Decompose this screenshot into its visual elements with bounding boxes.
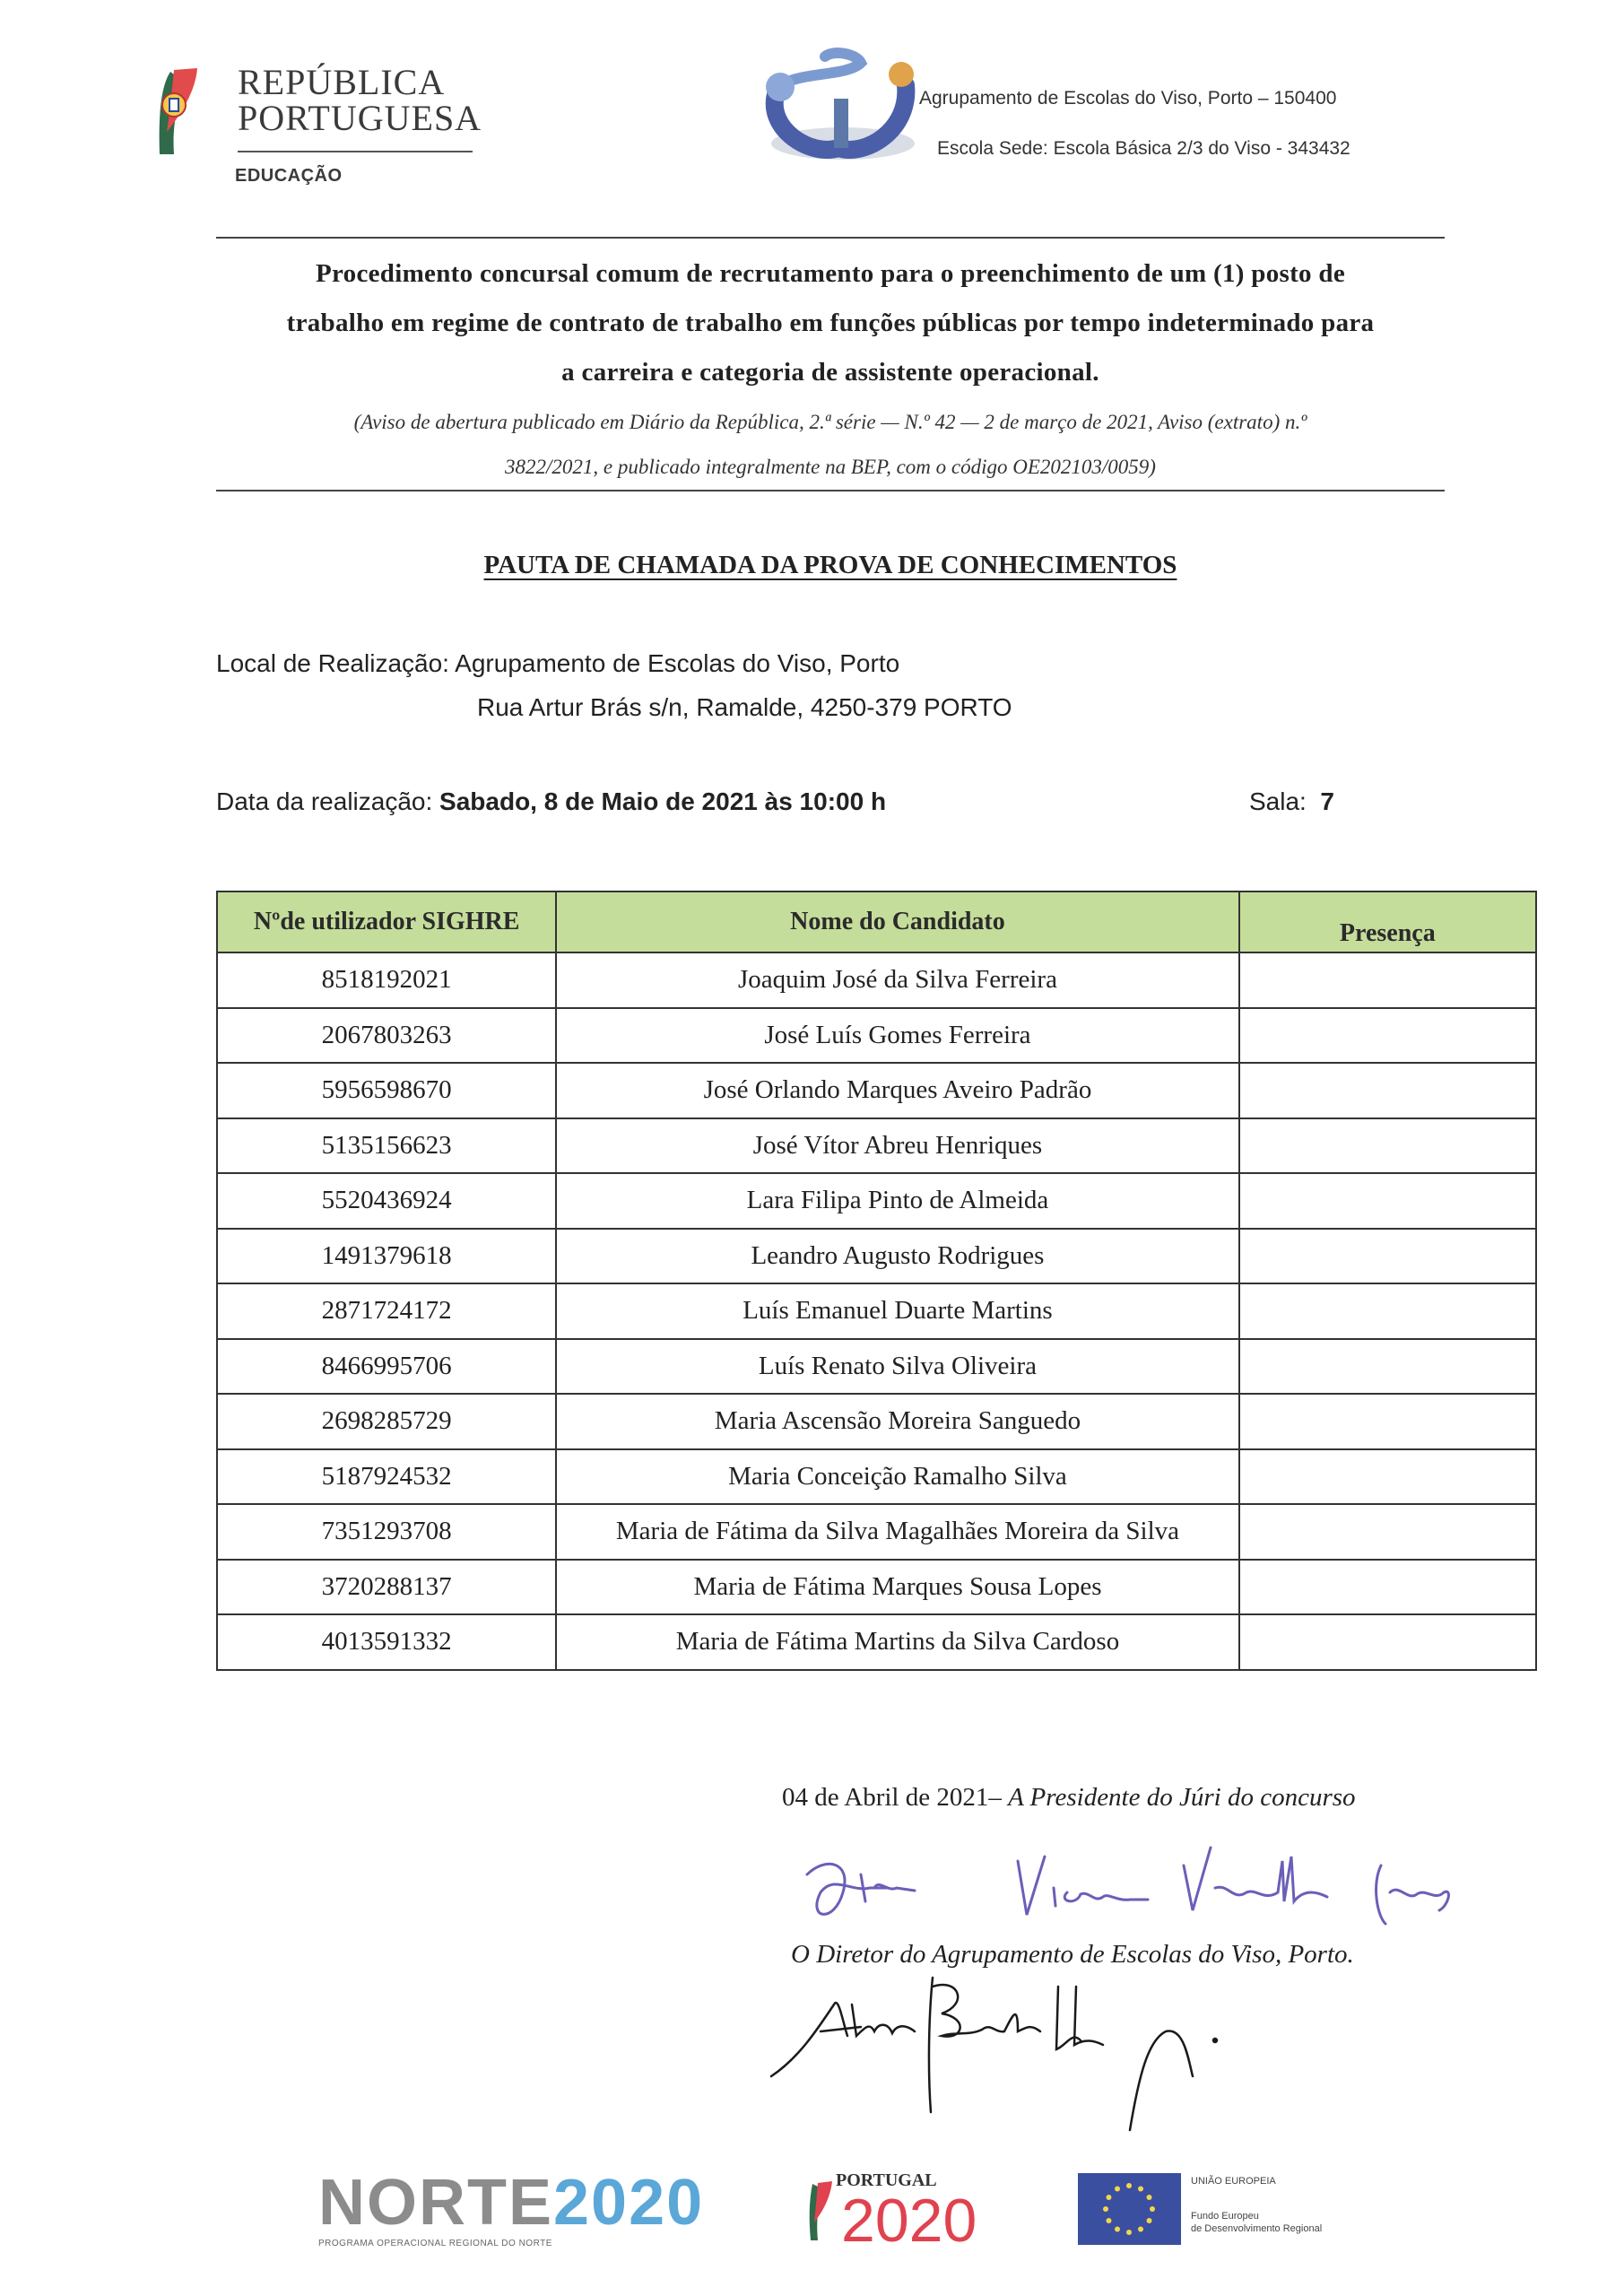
table-row: 7351293708Maria de Fátima da Silva Magal… bbox=[217, 1504, 1536, 1560]
presence-cell[interactable] bbox=[1239, 1339, 1536, 1395]
candidate-name: Maria de Fátima da Silva Magalhães Morei… bbox=[556, 1504, 1238, 1560]
school-name: Agrupamento de Escolas do Viso, Porto – … bbox=[919, 88, 1336, 109]
government-title-line2: PORTUGUESA bbox=[238, 100, 482, 136]
presence-cell[interactable] bbox=[1239, 1173, 1536, 1229]
eu-fund-line2: de Desenvolvimento Regional bbox=[1191, 2222, 1322, 2235]
candidate-name: Luís Renato Silva Oliveira bbox=[556, 1339, 1238, 1395]
norte-year: 2020 bbox=[553, 2167, 704, 2239]
candidate-id: 2871724172 bbox=[217, 1283, 556, 1339]
exam-date-label: Data da realização: bbox=[216, 787, 432, 815]
candidate-id: 5187924532 bbox=[217, 1449, 556, 1505]
table-row: 5187924532Maria Conceição Ramalho Silva bbox=[217, 1449, 1536, 1505]
presence-cell[interactable] bbox=[1239, 1449, 1536, 1505]
presence-cell[interactable] bbox=[1239, 1008, 1536, 1064]
candidates-table: Nºde utilizador SIGHRE Nome do Candidato… bbox=[216, 891, 1537, 1671]
signature-date-line: 04 de Abril de 2021– A Presidente do Júr… bbox=[782, 1783, 1356, 1813]
norte-subtitle: PROGRAMA OPERACIONAL REGIONAL DO NORTE bbox=[318, 2239, 704, 2248]
candidate-id: 5956598670 bbox=[217, 1063, 556, 1118]
table-row: 2698285729Maria Ascensão Moreira Sangued… bbox=[217, 1394, 1536, 1449]
candidate-id: 4013591332 bbox=[217, 1614, 556, 1670]
ministry-label: EDUCAÇÃO bbox=[235, 166, 343, 187]
candidate-name: José Orlando Marques Aveiro Padrão bbox=[556, 1063, 1238, 1118]
table-row: 5520436924Lara Filipa Pinto de Almeida bbox=[217, 1173, 1536, 1229]
table-row: 1491379618Leandro Augusto Rodrigues bbox=[217, 1229, 1536, 1284]
table-row: 5135156623José Vítor Abreu Henriques bbox=[217, 1118, 1536, 1174]
presence-cell[interactable] bbox=[1239, 1283, 1536, 1339]
exam-room-label: Sala: bbox=[1249, 787, 1307, 815]
portugal-coat-of-arms-icon bbox=[154, 65, 199, 163]
eu-fund: Fundo Europeu de Desenvolvimento Regiona… bbox=[1191, 2210, 1322, 2235]
document-title-text: PAUTA DE CHAMADA DA PROVA DE CONHECIMENT… bbox=[484, 551, 1177, 579]
jury-president-role: A Presidente do Júri do concurso bbox=[1008, 1783, 1355, 1812]
candidate-name: Leandro Augusto Rodrigues bbox=[556, 1229, 1238, 1284]
candidate-id: 8518192021 bbox=[217, 952, 556, 1008]
table-row: 8518192021Joaquim José da Silva Ferreira bbox=[217, 952, 1536, 1008]
signature-date: 04 de Abril de 2021– bbox=[782, 1783, 1002, 1812]
document-title: PAUTA DE CHAMADA DA PROVA DE CONHECIMENT… bbox=[216, 551, 1445, 580]
candidate-name: Maria Ascensão Moreira Sanguedo bbox=[556, 1394, 1238, 1449]
presence-cell[interactable] bbox=[1239, 1614, 1536, 1670]
norte-word: NORTE bbox=[318, 2167, 553, 2239]
eu-fund-line1: Fundo Europeu bbox=[1191, 2210, 1322, 2222]
notice-line: 3822/2021, e publicado integralmente na … bbox=[216, 445, 1445, 490]
column-header-id: Nºde utilizador SIGHRE bbox=[217, 891, 556, 952]
column-header-presence: Presença bbox=[1239, 891, 1536, 952]
candidate-id: 3720288137 bbox=[217, 1560, 556, 1615]
candidate-name: Maria de Fátima Martins da Silva Cardoso bbox=[556, 1614, 1238, 1670]
school-logo-icon bbox=[749, 40, 942, 170]
presence-cell[interactable] bbox=[1239, 1504, 1536, 1560]
top-divider bbox=[216, 237, 1445, 239]
procedure-title: Procedimento concursal comum de recrutam… bbox=[216, 249, 1445, 397]
candidate-id: 7351293708 bbox=[217, 1504, 556, 1560]
presence-cell[interactable] bbox=[1239, 1560, 1536, 1615]
location-address: Rua Artur Brás s/n, Ramalde, 4250-379 PO… bbox=[477, 693, 1012, 722]
notice-line: (Aviso de abertura publicado em Diário d… bbox=[216, 400, 1445, 445]
jury-signature-icon bbox=[789, 1839, 1471, 1937]
candidate-name: Lara Filipa Pinto de Almeida bbox=[556, 1173, 1238, 1229]
candidate-name: Maria de Fátima Marques Sousa Lopes bbox=[556, 1560, 1238, 1615]
presence-cell[interactable] bbox=[1239, 952, 1536, 1008]
presence-cell[interactable] bbox=[1239, 1394, 1536, 1449]
procedure-title-line: a carreira e categoria de assistente ope… bbox=[216, 348, 1445, 397]
table-row: 4013591332Maria de Fátima Martins da Sil… bbox=[217, 1614, 1536, 1670]
candidate-id: 5135156623 bbox=[217, 1118, 556, 1174]
exam-date: Data da realização: Sabado, 8 de Maio de… bbox=[216, 787, 886, 816]
logo-divider bbox=[238, 151, 473, 152]
candidate-id: 1491379618 bbox=[217, 1229, 556, 1284]
candidate-id: 8466995706 bbox=[217, 1339, 556, 1395]
portugal-year: 2020 bbox=[841, 2190, 977, 2251]
procedure-title-line: trabalho em regime de contrato de trabal… bbox=[216, 299, 1445, 348]
exam-room: Sala: 7 bbox=[1249, 787, 1334, 816]
candidate-name: Luís Emanuel Duarte Martins bbox=[556, 1283, 1238, 1339]
government-title: REPÚBLICA PORTUGUESA bbox=[238, 65, 482, 136]
bottom-divider bbox=[216, 490, 1445, 491]
norte2020-logo: NORTE2020 PROGRAMA OPERACIONAL REGIONAL … bbox=[318, 2170, 704, 2248]
candidate-name: Joaquim José da Silva Ferreira bbox=[556, 952, 1238, 1008]
exam-date-value: Sabado, 8 de Maio de 2021 às 10:00 h bbox=[439, 787, 886, 815]
notice-reference: (Aviso de abertura publicado em Diário d… bbox=[216, 400, 1445, 490]
candidate-name: José Vítor Abreu Henriques bbox=[556, 1118, 1238, 1174]
government-title-line1: REPÚBLICA bbox=[238, 65, 482, 100]
table-row: 2871724172Luís Emanuel Duarte Martins bbox=[217, 1283, 1536, 1339]
candidate-id: 2698285729 bbox=[217, 1394, 556, 1449]
table-row: 3720288137Maria de Fátima Marques Sousa … bbox=[217, 1560, 1536, 1615]
eu-label: UNIÃO EUROPEIA bbox=[1191, 2176, 1276, 2187]
table-header-row: Nºde utilizador SIGHRE Nome do Candidato… bbox=[217, 891, 1536, 952]
column-header-name: Nome do Candidato bbox=[556, 891, 1238, 952]
eu-flag-icon bbox=[1078, 2173, 1181, 2245]
candidate-name: José Luís Gomes Ferreira bbox=[556, 1008, 1238, 1064]
table-row: 2067803263José Luís Gomes Ferreira bbox=[217, 1008, 1536, 1064]
candidate-id: 5520436924 bbox=[217, 1173, 556, 1229]
location-label: Local de Realização: Agrupamento de Esco… bbox=[216, 649, 899, 678]
presence-cell[interactable] bbox=[1239, 1063, 1536, 1118]
director-signature-icon bbox=[762, 1969, 1390, 2139]
portugal-flag-icon bbox=[807, 2179, 832, 2242]
table-row: 8466995706Luís Renato Silva Oliveira bbox=[217, 1339, 1536, 1395]
candidate-name: Maria Conceição Ramalho Silva bbox=[556, 1449, 1238, 1505]
presence-cell[interactable] bbox=[1239, 1118, 1536, 1174]
candidate-id: 2067803263 bbox=[217, 1008, 556, 1064]
presence-cell[interactable] bbox=[1239, 1229, 1536, 1284]
director-role: O Diretor do Agrupamento de Escolas do V… bbox=[791, 1940, 1354, 1970]
school-seat: Escola Sede: Escola Básica 2/3 do Viso -… bbox=[937, 138, 1350, 160]
table-row: 5956598670José Orlando Marques Aveiro Pa… bbox=[217, 1063, 1536, 1118]
exam-room-value: 7 bbox=[1320, 787, 1334, 815]
procedure-title-line: Procedimento concursal comum de recrutam… bbox=[216, 249, 1445, 299]
